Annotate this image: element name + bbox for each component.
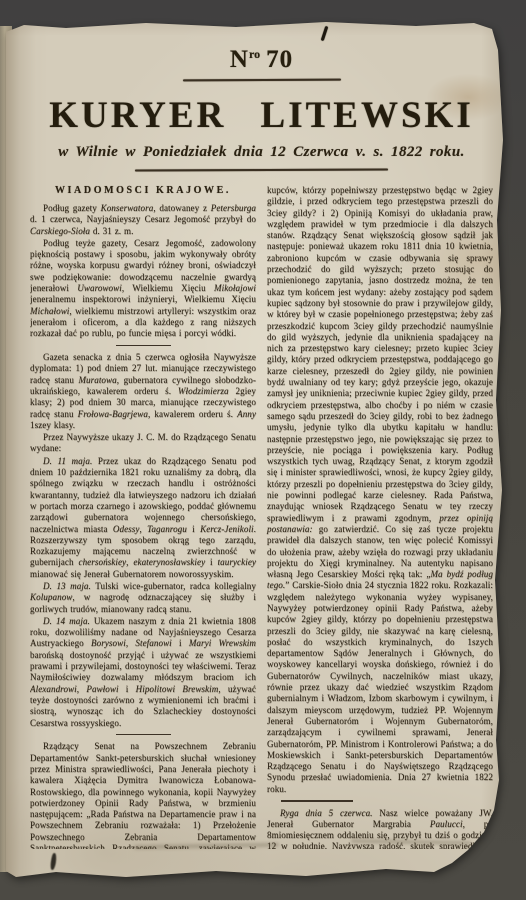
ink-blot bbox=[50, 853, 58, 871]
paragraph: D. 11 maja. Przez ukaz do Rządzącego Sen… bbox=[30, 456, 256, 580]
body-columns: WIADOMOŚCI KRAJOWE. Podług gazety Konser… bbox=[30, 185, 493, 849]
left-column: WIADOMOŚCI KRAJOWE. Podług gazety Konser… bbox=[30, 185, 256, 849]
issue-prefix: N bbox=[230, 46, 249, 73]
separator-rule bbox=[281, 800, 353, 802]
paper-shadow-wrap: Nro70 KURYER LITEWSKI w Wilnie w Poniedz… bbox=[0, 0, 526, 900]
masthead-title: KURYER LITEWSKI bbox=[30, 94, 493, 137]
scan-background: Nro70 KURYER LITEWSKI w Wilnie w Poniedz… bbox=[0, 0, 526, 900]
masthead: Nro70 KURYER LITEWSKI w Wilnie w Poniedz… bbox=[30, 20, 493, 171]
paragraph: Gazeta senacka z dnia 5 czerwca ogłosiła… bbox=[30, 352, 256, 431]
paragraph: D. 14 maja. Ukazem naszym z dnia 21 kwie… bbox=[30, 616, 256, 729]
section-heading: WIADOMOŚCI KRAJOWE. bbox=[30, 185, 256, 196]
right-column: kupców, którzy popełniwszy przestępstwo … bbox=[267, 185, 493, 849]
paragraph: Przez Naywyższe ukazy J. C. M. do Rządzą… bbox=[30, 432, 256, 455]
issue-superscript: ro bbox=[249, 47, 260, 61]
paragraph: D. 13 maja. Tulski wice-gubernator, radc… bbox=[30, 581, 256, 615]
separator-rule bbox=[116, 734, 171, 736]
masthead-dateline: w Wilnie w Poniedziałek dnia 12 Czerwca … bbox=[30, 144, 493, 161]
issue-number: Nro70 bbox=[30, 46, 493, 74]
masthead-rule-top bbox=[182, 79, 340, 82]
paragraph: Rządzący Senat na Powszechnem Zebraniu D… bbox=[30, 741, 256, 849]
newspaper-page: Nro70 KURYER LITEWSKI w Wilnie w Poniedz… bbox=[6, 20, 503, 878]
paragraph: kupców, którzy popełniwszy przestępstwo … bbox=[267, 185, 493, 795]
masthead-rule-bottom bbox=[135, 169, 388, 172]
paragraph: Podług gazety Konserwatora, datowaney z … bbox=[30, 203, 256, 237]
separator-rule bbox=[116, 345, 171, 347]
issue-digits: 70 bbox=[266, 46, 293, 73]
paragraph: Podług teyże gazety, Cesarz Jegomość, za… bbox=[30, 238, 256, 340]
